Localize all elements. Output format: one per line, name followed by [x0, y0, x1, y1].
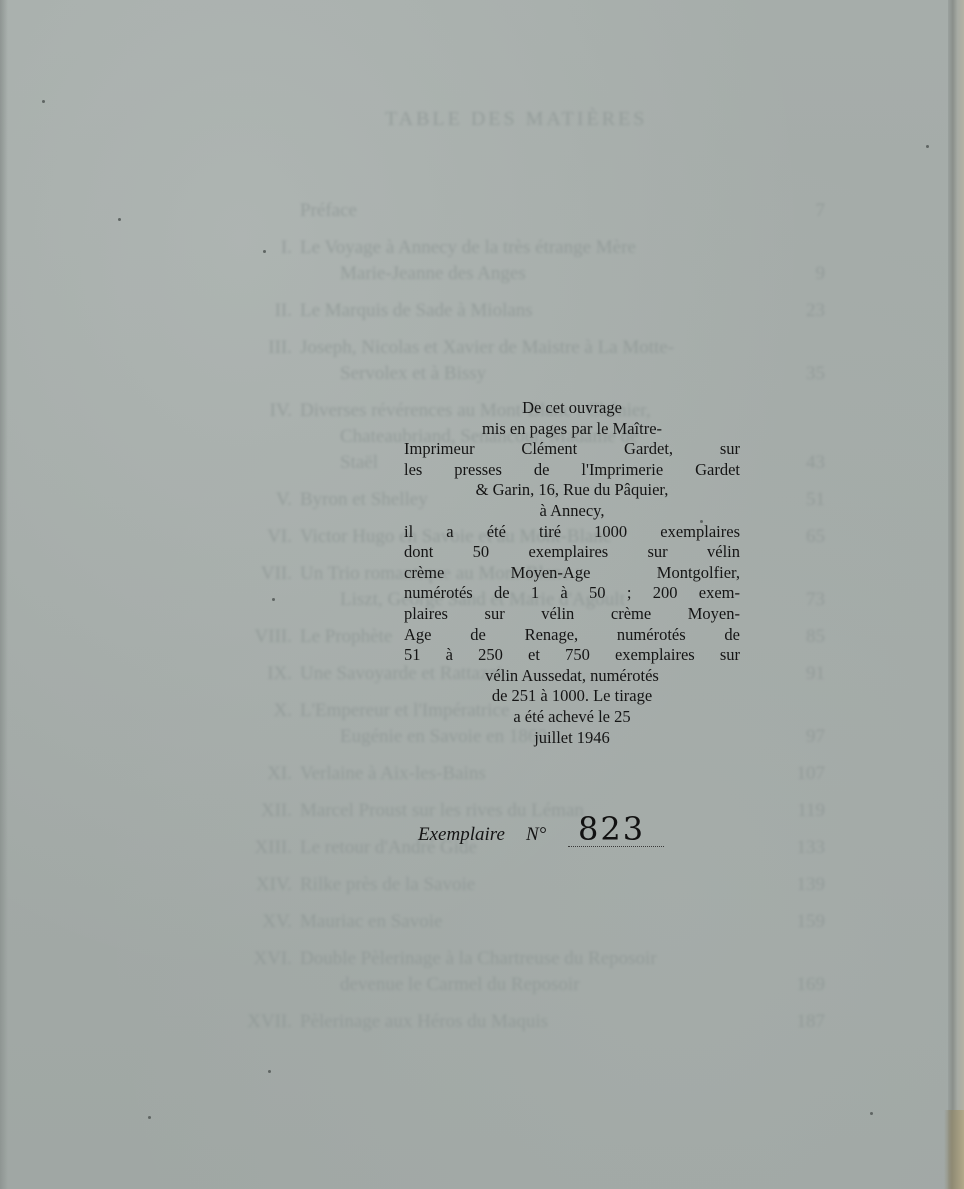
colophon-line: a été achevé le 25	[404, 707, 740, 728]
entry-title: Joseph, Nicolas et Xavier de Maistre à L…	[300, 337, 674, 358]
page-edge-corner	[944, 1110, 964, 1189]
entry-page-number: 159	[797, 909, 826, 935]
entry-number: XV.	[230, 909, 292, 935]
entry-title: Le Marquis de Sade à Miolans	[300, 300, 533, 321]
colophon-line: il a été tiré 1000 exemplaires	[404, 522, 740, 543]
show-through-entry: Préface7	[230, 198, 825, 224]
show-through-entry: XI.Verlaine à Aix-les-Bains107	[230, 761, 825, 787]
entry-number: III.	[230, 335, 292, 361]
entry-page-number: 7	[816, 198, 826, 224]
entry-title: Le Prophète	[300, 626, 392, 647]
entry-page-number: 43	[806, 450, 825, 476]
book-page: TABLE DES MATIÈRES Préface7I.Le Voyage à…	[0, 0, 964, 1189]
number-sign: N°	[526, 824, 546, 846]
entry-number: IX.	[230, 661, 292, 687]
colophon-line: crème Moyen-Age Montgolfier,	[404, 563, 740, 584]
entry-page-number: 51	[806, 487, 825, 513]
show-through-entry: XV.Mauriac en Savoie159	[230, 909, 825, 935]
colophon-line: à Annecy,	[404, 501, 740, 522]
colophon-line: les presses de l'Imprimerie Gardet	[404, 460, 740, 481]
entry-number: VIII.	[230, 624, 292, 650]
entry-title-continued: devenue le Carmel du Reposoir	[230, 972, 825, 998]
show-through-entry: XVI.Double Pèlerinage à la Chartreuse du…	[230, 946, 825, 998]
entry-page-number: 73	[806, 587, 825, 613]
entry-page-number: 97	[806, 724, 825, 750]
colophon-line: mis en pages par le Maître-	[404, 419, 740, 440]
copy-number: 823	[578, 810, 645, 848]
copy-number-line: Exemplaire N° 823	[418, 812, 668, 852]
entry-page-number: 91	[806, 661, 825, 687]
entry-title: Rilke près de la Savoie	[300, 874, 475, 895]
colophon-line: Imprimeur Clément Gardet, sur	[404, 439, 740, 460]
entry-number: IV.	[230, 398, 292, 424]
entry-number: XII.	[230, 798, 292, 824]
entry-page-number: 9	[816, 261, 826, 287]
page-edge	[948, 0, 964, 1189]
entry-number: II.	[230, 298, 292, 324]
colophon-line: numérotés de 1 à 50 ; 200 exem-	[404, 583, 740, 604]
entry-page-number: 107	[797, 761, 826, 787]
entry-page-number: 187	[797, 1009, 826, 1035]
entry-title-continued: Marie-Jeanne des Anges	[230, 261, 825, 287]
colophon-line: plaires sur vélin crème Moyen-	[404, 604, 740, 625]
show-through-entry: I.Le Voyage à Annecy de la très étrange …	[230, 235, 825, 287]
colophon-line: 51 à 250 et 750 exemplaires sur	[404, 645, 740, 666]
show-through-entry: II.Le Marquis de Sade à Miolans23	[230, 298, 825, 324]
entry-page-number: 65	[806, 524, 825, 550]
show-through-entry: XIV.Rilke près de la Savoie139	[230, 872, 825, 898]
entry-page-number: 133	[797, 835, 826, 861]
colophon-line: de 251 à 1000. Le tirage	[404, 686, 740, 707]
entry-title: Pèlerinage aux Héros du Maquis	[300, 1011, 548, 1032]
show-through-title: TABLE DES MATIÈRES	[385, 108, 647, 131]
entry-number: XIII.	[230, 835, 292, 861]
entry-title: Double Pèlerinage à la Chartreuse du Rep…	[300, 948, 657, 969]
entry-page-number: 85	[806, 624, 825, 650]
entry-page-number: 139	[797, 872, 826, 898]
colophon-line: De cet ouvrage	[404, 398, 740, 419]
colophon-line: & Garin, 16, Rue du Pâquier,	[404, 480, 740, 501]
entry-page-number: 169	[797, 972, 826, 998]
colophon-line: juillet 1946	[404, 728, 740, 749]
entry-number: XVI.	[230, 946, 292, 972]
entry-number: XI.	[230, 761, 292, 787]
colophon-line: Age de Renage, numérotés de	[404, 625, 740, 646]
entry-title: Préface	[300, 200, 357, 221]
page-gutter-shadow	[0, 0, 8, 1189]
colophon: De cet ouvrage mis en pages par le Maîtr…	[404, 398, 740, 748]
entry-title: Mauriac en Savoie	[300, 911, 442, 932]
entry-page-number: 35	[806, 361, 825, 387]
entry-page-number: 119	[797, 798, 825, 824]
show-through-entry: XVII.Pèlerinage aux Héros du Maquis187	[230, 1009, 825, 1035]
entry-number: X.	[230, 698, 292, 724]
colophon-line: dont 50 exemplaires sur vélin	[404, 542, 740, 563]
colophon-line: vélin Aussedat, numérotés	[404, 666, 740, 687]
entry-number: V.	[230, 487, 292, 513]
show-through-entry: III.Joseph, Nicolas et Xavier de Maistre…	[230, 335, 825, 387]
entry-title: Le Voyage à Annecy de la très étrange Mè…	[300, 237, 636, 258]
entry-number: I.	[230, 235, 292, 261]
entry-title: Verlaine à Aix-les-Bains	[300, 763, 486, 784]
entry-number: VII.	[230, 561, 292, 587]
entry-number: XVII.	[230, 1009, 292, 1035]
copy-label: Exemplaire	[418, 824, 505, 846]
entry-number: VI.	[230, 524, 292, 550]
entry-title-continued: Servolex et à Bissy	[230, 361, 825, 387]
entry-page-number: 23	[806, 298, 825, 324]
entry-number: XIV.	[230, 872, 292, 898]
